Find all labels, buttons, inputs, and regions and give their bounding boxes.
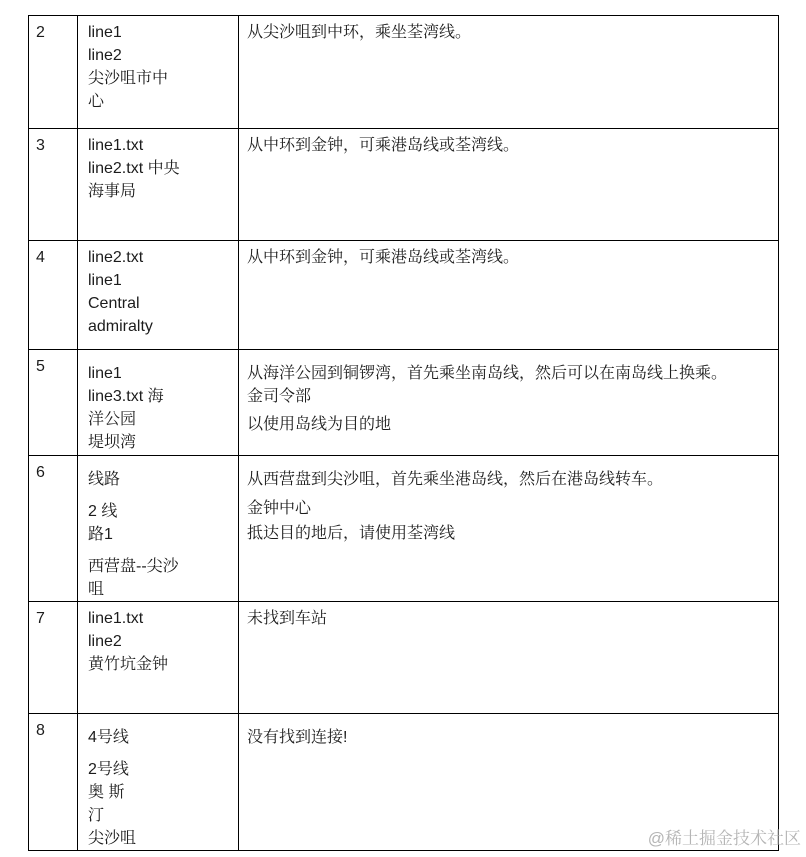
row-index: 6 (36, 461, 75, 484)
row-index: 2 (36, 21, 75, 44)
row-index-cell: 2 (29, 16, 78, 129)
table-row: 3 line1.txt line2.txt 中央 海事局 从中环到金钟，可乘港岛… (29, 129, 779, 241)
result-line: 从中环到金钟，可乘港岛线或荃湾线。 (247, 134, 768, 157)
row-index-cell: 8 (29, 714, 78, 851)
row-index-cell: 3 (29, 129, 78, 241)
station-line: 4号线 (88, 726, 232, 749)
stations-cell: line1 line2 尖沙咀市中 心 (78, 16, 239, 129)
stations-cell: line1 line3.txt 海 洋公园 堤坝湾 (78, 350, 239, 456)
station-line: 西营盘--尖沙 (88, 555, 232, 578)
station-line: 2号线 (88, 758, 232, 781)
result-line: 抵达目的地后，请使用荃湾线 (247, 522, 768, 545)
station-line: line2 (88, 44, 232, 67)
result-line: 没有找到连接! (247, 726, 768, 749)
station-line: 心 (88, 90, 232, 113)
station-line: line2 (88, 630, 232, 653)
row-index: 4 (36, 246, 75, 269)
station-line: 尖沙咀 (88, 827, 232, 850)
result-cell: 未找到车站 (239, 602, 779, 714)
stations-cell: line1.txt line2.txt 中央 海事局 (78, 129, 239, 241)
result-line: 从中环到金钟，可乘港岛线或荃湾线。 (247, 246, 768, 269)
station-line: 洋公园 (88, 408, 232, 431)
result-line: 从海洋公园到铜锣湾，首先乘坐南岛线，然后可以在南岛线上换乘。 (247, 362, 768, 385)
station-line: 海事局 (88, 180, 232, 203)
station-line: admiralty (88, 315, 232, 338)
result-cell: 从海洋公园到铜锣湾，首先乘坐南岛线，然后可以在南岛线上换乘。 金司令部 以使用岛… (239, 350, 779, 456)
result-cell: 从西营盘到尖沙咀，首先乘坐港岛线，然后在港岛线转车。 金钟中心 抵达目的地后，请… (239, 456, 779, 602)
stations-cell: 4号线 2号线 奥 斯 汀 尖沙咀 (78, 714, 239, 851)
station-line: Central (88, 292, 232, 315)
row-index: 5 (36, 355, 75, 378)
stations-cell: line2.txt line1 Central admiralty (78, 241, 239, 350)
station-line: 尖沙咀市中 (88, 67, 232, 90)
row-index: 7 (36, 607, 75, 630)
station-line: 汀 (88, 804, 232, 827)
station-line: 堤坝湾 (88, 431, 232, 454)
routes-table: 2 line1 line2 尖沙咀市中 心 从尖沙咀到中环，乘坐荃湾线。 3 l… (28, 15, 779, 851)
result-line: 金钟中心 (247, 497, 768, 520)
station-line: line1 (88, 21, 232, 44)
result-line: 从尖沙咀到中环，乘坐荃湾线。 (247, 21, 768, 44)
station-line: line1 (88, 362, 232, 385)
station-line: 2 线 (88, 500, 232, 523)
watermark: @稀土掘金技术社区 (648, 824, 801, 849)
table-row: 4 line2.txt line1 Central admiralty 从中环到… (29, 241, 779, 350)
table-row: 2 line1 line2 尖沙咀市中 心 从尖沙咀到中环，乘坐荃湾线。 (29, 16, 779, 129)
station-line: 黄竹坑金钟 (88, 653, 232, 676)
station-line: 咀 (88, 578, 232, 601)
result-cell: 从中环到金钟，可乘港岛线或荃湾线。 (239, 241, 779, 350)
station-line: line1.txt (88, 134, 232, 157)
row-index-cell: 4 (29, 241, 78, 350)
result-cell: 从中环到金钟，可乘港岛线或荃湾线。 (239, 129, 779, 241)
row-index-cell: 5 (29, 350, 78, 456)
result-line: 从西营盘到尖沙咀，首先乘坐港岛线，然后在港岛线转车。 (247, 468, 768, 491)
table-row: 5 line1 line3.txt 海 洋公园 堤坝湾 从海洋公园到铜锣湾，首先… (29, 350, 779, 456)
station-line: line3.txt 海 (88, 385, 232, 408)
result-line: 金司令部 (247, 385, 768, 408)
station-line: line2.txt (88, 246, 232, 269)
row-index: 3 (36, 134, 75, 157)
row-index-cell: 7 (29, 602, 78, 714)
document-page: 2 line1 line2 尖沙咀市中 心 从尖沙咀到中环，乘坐荃湾线。 3 l… (0, 0, 806, 857)
table-row: 6 线路 2 线 路1 西营盘--尖沙 咀 从西营盘到尖沙咀，首先乘坐港岛线，然… (29, 456, 779, 602)
row-index-cell: 6 (29, 456, 78, 602)
station-line: line1 (88, 269, 232, 292)
station-line: 线路 (88, 468, 232, 491)
result-cell: 从尖沙咀到中环，乘坐荃湾线。 (239, 16, 779, 129)
station-line: line2.txt 中央 (88, 157, 232, 180)
station-line: line1.txt (88, 607, 232, 630)
result-line: 未找到车站 (247, 607, 768, 630)
table-row: 7 line1.txt line2 黄竹坑金钟 未找到车站 (29, 602, 779, 714)
row-index: 8 (36, 719, 75, 742)
station-line: 路1 (88, 523, 232, 546)
stations-cell: 线路 2 线 路1 西营盘--尖沙 咀 (78, 456, 239, 602)
station-line: 奥 斯 (88, 781, 232, 804)
stations-cell: line1.txt line2 黄竹坑金钟 (78, 602, 239, 714)
result-line: 以使用岛线为目的地 (247, 413, 768, 436)
